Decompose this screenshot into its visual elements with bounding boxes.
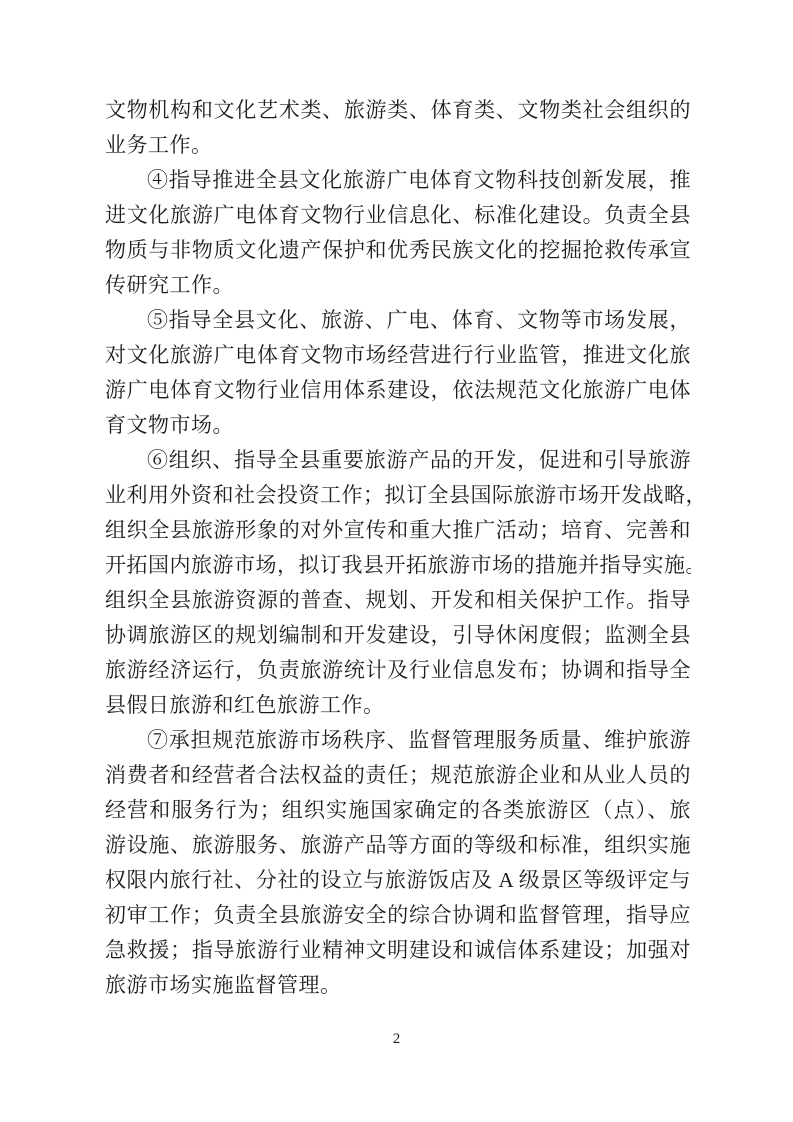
text-line: 旅游市场实施监督管理。 <box>105 968 691 1003</box>
text-line: 开拓国内旅游市场，拟订我县开拓旅游市场的措施并指导实施。 <box>105 548 691 583</box>
text-line: ⑥组织、指导全县重要旅游产品的开发，促进和引导旅游 <box>105 443 691 478</box>
text-line: 组织全县旅游形象的对外宣传和重大推广活动；培育、完善和 <box>105 513 691 548</box>
text-line: 传研究工作。 <box>105 268 691 303</box>
text-line: 业务工作。 <box>105 128 691 163</box>
text-line: 急救援；指导旅游行业精神文明建设和诚信体系建设；加强对 <box>105 933 691 968</box>
document-page: 文物机构和文化艺术类、旅游类、体育类、文物类社会组织的 业务工作。 ④指导推进全… <box>0 0 793 1122</box>
document-body: 文物机构和文化艺术类、旅游类、体育类、文物类社会组织的 业务工作。 ④指导推进全… <box>105 93 691 1003</box>
text-line: 协调旅游区的规划编制和开发建设，引导休闲度假；监测全县 <box>105 618 691 653</box>
text-line: 经营和服务行为；组织实施国家确定的各类旅游区（点）、旅 <box>105 793 691 828</box>
text-line: ⑦承担规范旅游市场秩序、监督管理服务质量、维护旅游 <box>105 723 691 758</box>
text-line: ⑤指导全县文化、旅游、广电、体育、文物等市场发展， <box>105 303 691 338</box>
text-line: 游广电体育文物行业信用体系建设，依法规范文化旅游广电体 <box>105 373 691 408</box>
paragraph-continuation: 文物机构和文化艺术类、旅游类、体育类、文物类社会组织的 业务工作。 <box>105 93 691 163</box>
text-line: 育文物市场。 <box>105 408 691 443</box>
text-line: 对文化旅游广电体育文物市场经营进行行业监管，推进文化旅 <box>105 338 691 373</box>
text-line: 初审工作；负责全县旅游安全的综合协调和监督管理，指导应 <box>105 898 691 933</box>
text-line: 游设施、旅游服务、旅游产品等方面的等级和标准，组织实施 <box>105 828 691 863</box>
paragraph-item-6: ⑥组织、指导全县重要旅游产品的开发，促进和引导旅游 业利用外资和社会投资工作；拟… <box>105 443 691 723</box>
page-number: 2 <box>0 1028 793 1050</box>
text-line: 权限内旅行社、分社的设立与旅游饭店及 A 级景区等级评定与 <box>105 863 691 898</box>
text-line: 文物机构和文化艺术类、旅游类、体育类、文物类社会组织的 <box>105 93 691 128</box>
text-line: ④指导推进全县文化旅游广电体育文物科技创新发展，推 <box>105 163 691 198</box>
text-line: 组织全县旅游资源的普查、规划、开发和相关保护工作。指导 <box>105 583 691 618</box>
paragraph-item-7: ⑦承担规范旅游市场秩序、监督管理服务质量、维护旅游 消费者和经营者合法权益的责任… <box>105 723 691 1003</box>
paragraph-item-4: ④指导推进全县文化旅游广电体育文物科技创新发展，推 进文化旅游广电体育文物行业信… <box>105 163 691 303</box>
text-line: 消费者和经营者合法权益的责任；规范旅游企业和从业人员的 <box>105 758 691 793</box>
text-line: 进文化旅游广电体育文物行业信息化、标准化建设。负责全县 <box>105 198 691 233</box>
paragraph-item-5: ⑤指导全县文化、旅游、广电、体育、文物等市场发展， 对文化旅游广电体育文物市场经… <box>105 303 691 443</box>
text-line: 物质与非物质文化遗产保护和优秀民族文化的挖掘抢救传承宣 <box>105 233 691 268</box>
text-line: 业利用外资和社会投资工作；拟订全县国际旅游市场开发战略， <box>105 478 691 513</box>
text-line: 县假日旅游和红色旅游工作。 <box>105 688 691 723</box>
text-line: 旅游经济运行，负责旅游统计及行业信息发布；协调和指导全 <box>105 653 691 688</box>
